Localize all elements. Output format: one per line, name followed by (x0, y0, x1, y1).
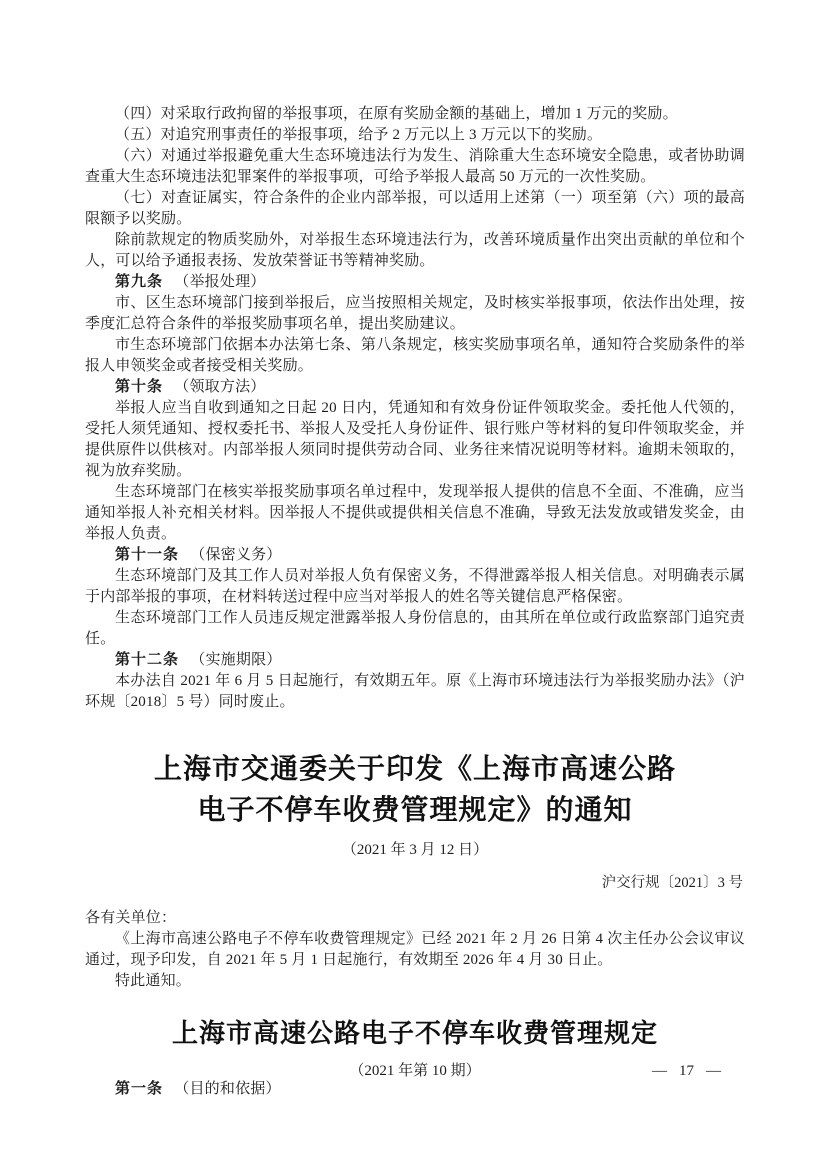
body-paragraph: 举报人应当自收到通知之日起 20 日内，凭通知和有效身份证件领取奖金。委托他人代… (85, 398, 745, 482)
body-paragraph: （四）对采取行政拘留的举报事项，在原有奖励金额的基础上，增加 1 万元的奖励。 (85, 104, 745, 125)
article-heading-11: 第十一条（保密义务） (85, 545, 745, 566)
notice-date: （2021 年 3 月 12 日） (85, 840, 745, 861)
page-number-dash-right: — (706, 1063, 721, 1079)
notice-paragraph: 《上海市高速公路电子不停车收费管理规定》已经 2021 年 2 月 26 日第 … (85, 929, 745, 971)
notice-body: 各有关单位： 《上海市高速公路电子不停车收费管理规定》已经 2021 年 2 月… (85, 908, 745, 992)
page-footer: （2021 年第 10 期） —17— (85, 1060, 745, 1082)
notice-title-line2: 电子不停车收费管理规定》的通知 (197, 795, 632, 826)
article-heading-10: 第十条（领取方法） (85, 377, 745, 398)
body-paragraph: 本办法自 2021 年 6 月 5 日起施行，有效期五年。原《上海市环境违法行为… (85, 671, 745, 713)
article-heading-1: 第一条（目的和依据） (85, 1079, 745, 1100)
article-title: （举报处理） (174, 274, 265, 290)
article-number: 第十一条 (115, 547, 179, 563)
article-title: （实施期限） (190, 652, 281, 668)
article-heading-9: 第九条（举报处理） (85, 272, 745, 293)
body-paragraph: 生态环境部门工作人员违反规定泄露举报人身份信息的，由其所在单位或行政监察部门追究… (85, 608, 745, 650)
page-number: —17— (646, 1060, 727, 1082)
notice-title: 上海市交通委关于印发《上海市高速公路电子不停车收费管理规定》的通知 (85, 749, 745, 831)
notice-title-line1: 上海市交通委关于印发《上海市高速公路 (154, 754, 676, 785)
page-content: （四）对采取行政拘留的举报事项，在原有奖励金额的基础上，增加 1 万元的奖励。 … (85, 104, 745, 1100)
article-number: 第一条 (115, 1081, 163, 1097)
gazette-page: （四）对采取行政拘留的举报事项，在原有奖励金额的基础上，增加 1 万元的奖励。 … (0, 0, 827, 1170)
article-title: （领取方法） (174, 379, 265, 395)
page-number-value: 17 (679, 1063, 694, 1079)
article-number: 第十二条 (115, 652, 179, 668)
article-number: 第九条 (115, 274, 163, 290)
body-paragraph: 市生态环境部门依据本办法第七条、第八条规定，核实奖励事项名单，通知符合奖励条件的… (85, 335, 745, 377)
body-paragraph: （六）对通过举报避免重大生态环境违法行为发生、消除重大生态环境安全隐患，或者协助… (85, 146, 745, 188)
body-paragraph: 生态环境部门及其工作人员对举报人负有保密义务，不得泄露举报人相关信息。对明确表示… (85, 566, 745, 608)
body-paragraph: （五）对追究刑事责任的举报事项，给予 2 万元以上 3 万元以下的奖励。 (85, 125, 745, 146)
document-number: 沪交行规〔2021〕3 号 (85, 873, 745, 893)
body-paragraph: （七）对查证属实，符合条件的企业内部举报，可以适用上述第（一）项至第（六）项的最… (85, 188, 745, 230)
article-heading-12: 第十二条（实施期限） (85, 650, 745, 671)
article-title: （保密义务） (190, 547, 281, 563)
body-paragraph: 生态环境部门在核实举报奖励事项名单过程中，发现举报人提供的信息不全面、不准确，应… (85, 482, 745, 545)
body-paragraph: 市、区生态环境部门接到举报后，应当按照相关规定，及时核实举报事项，依法作出处理，… (85, 293, 745, 335)
page-number-dash-left: — (652, 1063, 667, 1079)
body-paragraph: 除前款规定的物质奖励外，对举报生态环境违法行为，改善环境质量作出突出贡献的单位和… (85, 230, 745, 272)
article-title: （目的和依据） (174, 1081, 280, 1097)
article-number: 第十条 (115, 379, 163, 395)
salutation: 各有关单位： (85, 908, 745, 929)
notice-paragraph: 特此通知。 (85, 971, 745, 992)
regulation-title: 上海市高速公路电子不停车收费管理规定 (85, 1016, 745, 1052)
